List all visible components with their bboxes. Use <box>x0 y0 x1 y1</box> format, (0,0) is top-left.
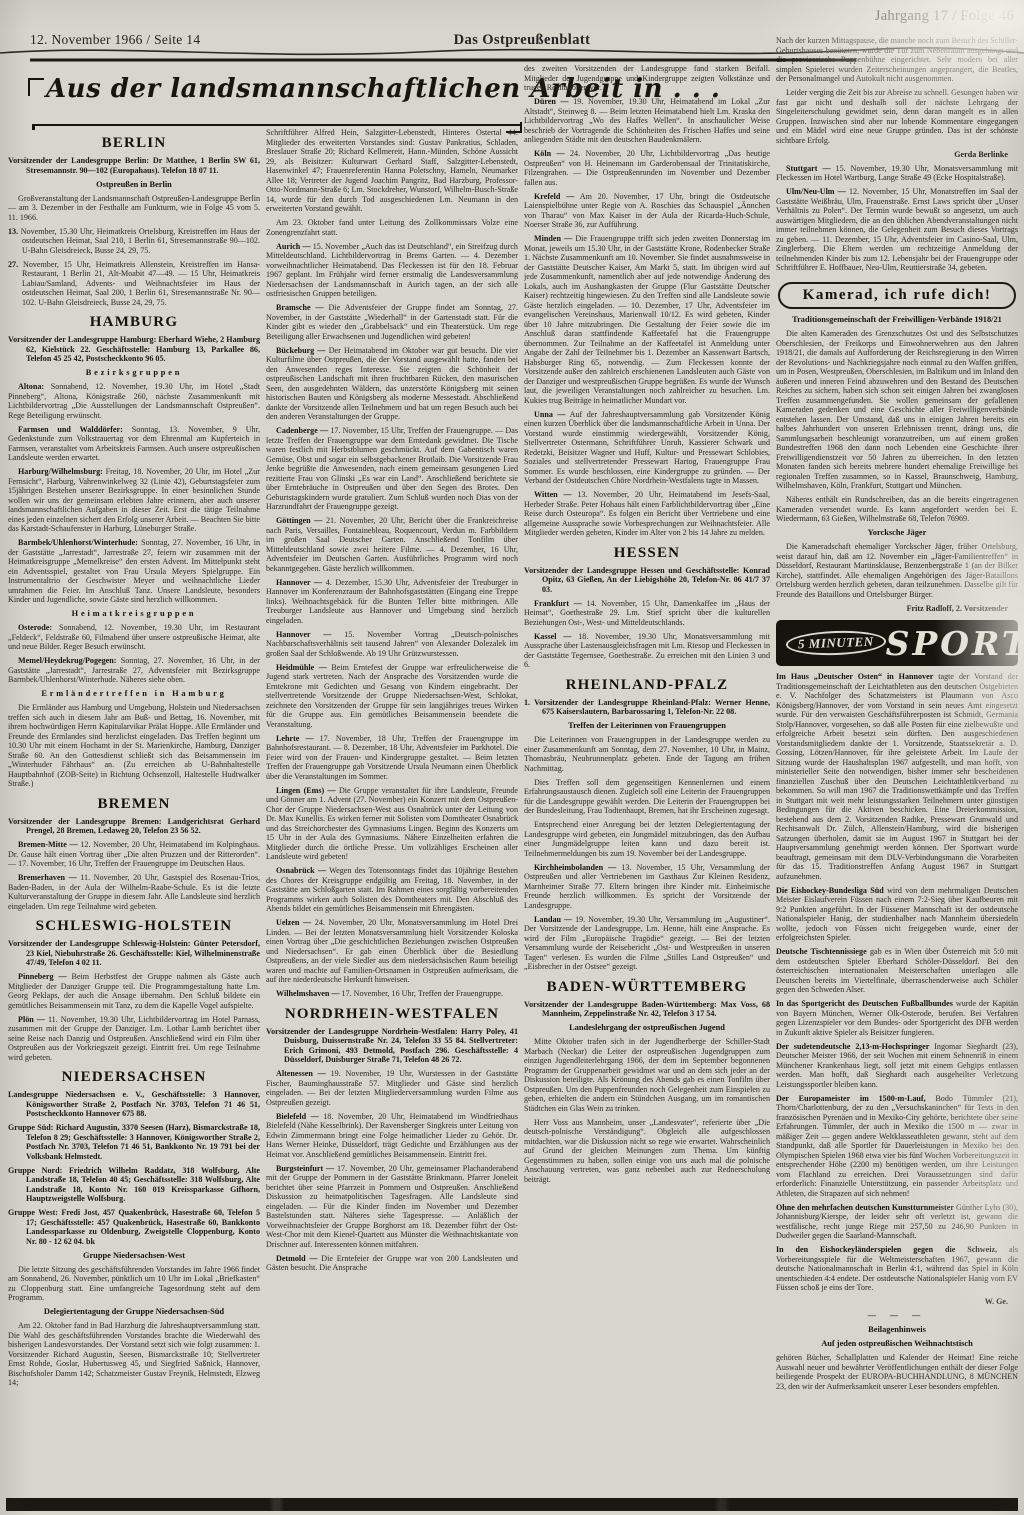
contact-block: Landesgruppe Niedersachsen e. V., Geschä… <box>8 1090 260 1119</box>
paragraph: Barmbek/Uhlenhorst/Winterhude: Sonntag, … <box>8 538 260 605</box>
paragraph-text: 17. November, 15 Uhr, Treffen der Frauen… <box>266 426 518 511</box>
section-heading: NORDRHEIN-WESTFALEN <box>266 1006 518 1023</box>
paragraph: Im Haus „Deutscher Osten“ in Hannover ta… <box>776 672 1018 881</box>
paragraph: Hannover — 15. November Vortrag „Deutsch… <box>266 630 518 659</box>
paragraph: Bremerhaven — 11. November, 20 Uhr, Gast… <box>8 873 260 911</box>
paragraph: In das Sportgericht des Deutschen Fußbal… <box>776 999 1018 1037</box>
paragraph: Ulm/Neu-Ulm — 12. November, 15 Uhr, Mona… <box>776 187 1018 273</box>
masthead-rule <box>0 40 1024 66</box>
place-lead: Bramsche — <box>276 303 324 312</box>
contact-block: Gruppe West: Fredi Jost, 457 Quakenbrück… <box>8 1208 260 1246</box>
paragraph: Witten — 13. November, 20 Uhr, Heimatabe… <box>524 490 770 538</box>
place-lead: Ohne den mehrfachen deutschen Kunstturnm… <box>776 1203 954 1212</box>
paragraph-text: 24. November, 20 Uhr, Monatsversammlung … <box>266 918 518 984</box>
contact-block: 1. Vorsitzender der Landesgruppe Rheinla… <box>524 698 770 717</box>
place-lead: Köln — <box>534 149 565 158</box>
place-lead: Der sudetendeutsche 2,13-m-Hochspringer <box>776 1042 929 1051</box>
paragraph: Die Leiterinnen von Frauengruppen in der… <box>524 735 770 773</box>
place-lead: Altona: <box>18 382 44 391</box>
paragraph: Plön — 11. November, 19.30 Uhr, Lichtbil… <box>8 1015 260 1063</box>
paragraph-text: Die Gruppe veranstaltet für ihre Landsle… <box>266 786 518 862</box>
contact-block: Vorsitzender der Landesgruppe Hamburg: E… <box>8 335 260 364</box>
place-lead: Der Europameister im 1500-m-Lauf, <box>776 1094 926 1103</box>
news-column-3: des zweiten Vorsitzenden der Landesgrupp… <box>524 64 770 1500</box>
sport-banner-word: SPORT <box>886 627 1018 660</box>
item-text: November, 15.30 Uhr, Heimatkreis Ortelsb… <box>21 227 260 255</box>
paragraph-text: Die Frauengruppe trifft sich jeden zweit… <box>524 234 770 405</box>
section-heading: BERLIN <box>8 135 260 152</box>
calendar-item: 13. November, 15.30 Uhr, Heimatkreis Ort… <box>8 227 260 256</box>
item-date-lead: 27. <box>8 260 18 269</box>
page-headline: Aus der landsmannschaftlichen Arbeit in … <box>20 66 532 124</box>
place-lead: Unna — <box>534 410 566 419</box>
place-lead: Uelzen — <box>276 918 311 927</box>
place-lead: Harburg/Wilhelmsburg: <box>18 467 103 476</box>
paragraph-text: 11. November, 19.30 Uhr, Lichtbildervort… <box>8 1015 260 1062</box>
paragraph: Am 23. Oktober fand unter Leitung des Zo… <box>266 218 518 237</box>
contact-block: Vorsitzender der Landesgruppe Nordrhein-… <box>266 1027 518 1065</box>
place-lead: Bielefeld — <box>276 1112 319 1121</box>
sport-banner-oval: 5 MINUTEN <box>786 630 886 657</box>
place-lead: Krefeld — <box>534 192 574 201</box>
paragraph: Hannover — 4. Dezember, 15.30 Uhr, Adven… <box>266 578 518 626</box>
paragraph: Entsprechend einer Anregung bei der letz… <box>524 820 770 858</box>
place-lead: Osterode: <box>18 623 52 632</box>
subheading: Auf jeden ostpreußischen Weihnachtstisch <box>776 1339 1018 1349</box>
divider-rule: — — — <box>776 1311 1018 1321</box>
news-column-2: Schriftführer Alfred Hein, Salzgitter-Le… <box>266 128 518 1500</box>
place-lead: Bückeburg — <box>276 346 326 355</box>
headline-text: Aus der landsmannschaftlichen Arbeit in … <box>20 66 532 104</box>
contact-block: Vorsitzender der Landesgruppe Bremen: La… <box>8 817 260 836</box>
place-lead: Landau — <box>534 915 572 924</box>
paragraph: Altenessen — 19. November, 19 Uhr, Wurst… <box>266 1069 518 1107</box>
paragraph: Die Ermländer aus Hamburg und Umgebung, … <box>8 703 260 789</box>
paragraph: des zweiten Vorsitzenden der Landesgrupp… <box>524 64 770 93</box>
paragraph: Schriftführer Alfred Hein, Salzgitter-Le… <box>266 128 518 214</box>
calendar-item: 27. November, 15 Uhr, Heimatkreis Allens… <box>8 260 260 308</box>
place-lead: Frankfurt — <box>534 599 582 608</box>
paragraph: Mitte Oktober trafen sich in der Jugendh… <box>524 1037 770 1113</box>
section-heading: HAMBURG <box>8 314 260 331</box>
contact-block: Gruppe Nord: Friedrich Wilhelm Raddatz, … <box>8 1166 260 1204</box>
paragraph: Kassel — 18. November, 19.30 Uhr, Monats… <box>524 632 770 670</box>
place-lead: Göttingen — <box>276 516 322 525</box>
place-lead: Die Eishockey-Bundesliga Süd <box>776 886 884 895</box>
paragraph-text: Der Heimatabend im Oktober war gut besuc… <box>266 346 518 422</box>
subheading: Yorcksche Jäger <box>776 528 1018 538</box>
signature: W. Ge. <box>776 1297 1018 1307</box>
paragraph: Bückeburg — Der Heimatabend im Oktober w… <box>266 346 518 422</box>
paragraph: Heidmühle — Beim Erntefest der Gruppe wa… <box>266 663 518 730</box>
paragraph: Dies Treffen soll dem gegenseitigen Kenn… <box>524 778 770 816</box>
place-lead: Aurich — <box>276 242 311 251</box>
bottom-advert-rule <box>6 1498 1018 1511</box>
paragraph: In den Eishockeyländerspielen gegen die … <box>776 1245 1018 1293</box>
place-lead: Altenessen — <box>276 1069 326 1078</box>
place-lead: Heidmühle — <box>276 663 327 672</box>
paragraph-text: Beim Erntefest der Gruppe war erfreulich… <box>266 663 518 729</box>
paragraph: Unna — Auf der Jahreshauptversammlung ga… <box>524 410 770 486</box>
contact-block: Vorsitzender der Landesgruppe Hessen und… <box>524 566 770 595</box>
signature: Fritz Radloff, 2. Vorsitzender <box>776 604 1018 614</box>
paragraph: Die Kameradschaft ehemaliger Yorckscher … <box>776 542 1018 599</box>
paragraph: Wilhelmshaven — 17. November, 16 Uhr, Tr… <box>266 989 518 999</box>
paragraph: Bielefeld — 18. November, 20 Uhr, Heimat… <box>266 1112 518 1160</box>
subheading: Delegiertentagung der Gruppe Niedersachs… <box>8 1307 260 1317</box>
section-heading: RHEINLAND-PFALZ <box>524 677 770 694</box>
place-lead: Bremen-Mitte — <box>18 840 78 849</box>
place-lead: Detmold — <box>276 1254 318 1263</box>
news-column-4: Nach der kurzen Mittagspause, die manche… <box>776 36 1018 1500</box>
place-lead: Düren — <box>534 97 569 106</box>
subheading: Ostpreußen in Berlin <box>8 180 260 190</box>
place-lead: Farmsen und Walddörfer: <box>18 425 123 434</box>
paragraph: Cadenberge — 17. November, 15 Uhr, Treff… <box>266 426 518 512</box>
paragraph: Minden — Die Frauengruppe trifft sich je… <box>524 234 770 405</box>
signature: Gerda Berlinke <box>776 150 1018 160</box>
place-lead: Minden — <box>534 234 572 243</box>
paragraph: Der sudetendeutsche 2,13-m-Hochspringer … <box>776 1042 1018 1090</box>
item-date-lead: 13. <box>8 227 18 236</box>
place-lead: In das Sportgericht des Deutschen Fußbal… <box>776 999 953 1008</box>
masthead-issue: Jahrgang 17 / Folge 46 <box>875 8 1014 25</box>
contact-block: Vorsitzender der Landesgruppe Baden-Würt… <box>524 1000 770 1019</box>
paragraph: Göttingen — 21. November, 20 Uhr, Berich… <box>266 516 518 573</box>
paragraph-text: tagte der Vorstand der Traditionsgemeins… <box>776 672 1018 881</box>
place-lead: Burgsteinfurt — <box>276 1164 334 1173</box>
paragraph: Näheres enthält ein Rundschreiben, das a… <box>776 495 1018 524</box>
paragraph: Altona: Sonnabend, 12. November, 19.30 U… <box>8 382 260 420</box>
paragraph: Kirchheimbolanden — 13. November, 15 Uhr… <box>524 863 770 911</box>
paragraph: gehören Bücher, Schallplatten und Kalend… <box>776 1353 1018 1391</box>
item-text: November, 15 Uhr, Heimatkreis Allenstein… <box>22 260 260 307</box>
place-lead: Osnabrück — <box>276 866 326 875</box>
place-lead: Lingen (Ems) — <box>276 786 336 795</box>
place-lead: Lehrte — <box>276 734 314 743</box>
paragraph: Großveranstaltung der Landsmannschaft Os… <box>8 194 260 223</box>
section-heading: SCHLESWIG-HOLSTEIN <box>8 918 260 935</box>
paragraph: Ohne den mehrfachen deutschen Kunstturnm… <box>776 1203 1018 1241</box>
place-lead: Kassel — <box>534 632 571 641</box>
section-heading: BREMEN <box>8 796 260 813</box>
place-lead: Cadenberge — <box>276 426 328 435</box>
place-lead: Plön — <box>18 1015 45 1024</box>
paragraph: Düren — 19. November, 19.30 Uhr, Heimata… <box>524 97 770 145</box>
subheading: Treffen der Leiterinnen von Frauengruppe… <box>524 721 770 731</box>
paragraph-text: 17. November, 16 Uhr, Treffen der Frauen… <box>342 989 504 998</box>
paragraph: Krefeld — Am 20. November, 17 Uhr, bring… <box>524 192 770 230</box>
paragraph: Pinneberg — Beim Herbstfest der Gruppe n… <box>8 972 260 1010</box>
paragraph-text: Freitag, 18. November, 20 Uhr, im Hotel … <box>8 467 260 533</box>
subheading: Ermländertreffen in Hamburg <box>8 689 260 699</box>
paragraph: Osterode: Sonnabend, 12. November, 19.30… <box>8 623 260 652</box>
place-lead: Deutsche Tischtennissiege <box>776 947 867 956</box>
paragraph-text: 17. November, 20 Uhr, gemeinsamer Placha… <box>266 1164 518 1249</box>
paragraph: Stuttgart — 15. November, 19.30 Uhr, Mon… <box>776 164 1018 183</box>
place-lead: Witten — <box>534 490 572 499</box>
paragraph-text: Bodo Tümmler (21), Thorn/Charlottenburg,… <box>776 1094 1018 1198</box>
paragraph: Memel/Heydekrug/Pogegen: Sonntag, 27. No… <box>8 656 260 685</box>
place-lead: Bremerhaven — <box>18 873 77 882</box>
place-lead: Pinneberg — <box>18 972 67 981</box>
place-lead: Hannover — <box>276 578 322 587</box>
paragraph: Detmold — Die Erntefeier der Gruppe war … <box>266 1254 518 1273</box>
place-lead: Hannover — <box>276 630 331 639</box>
subheading: Beilagenhinweis <box>776 1325 1018 1335</box>
subheading: Landeslehrgang der ostpreußischen Jugend <box>524 1023 770 1033</box>
paragraph-text: Sonnabend, 12. November, 19.30 Uhr, im H… <box>8 382 260 420</box>
section-heading: BADEN-WÜRTTEMBERG <box>524 979 770 996</box>
paragraph: Deutsche Tischtennissiege gab es in Wien… <box>776 947 1018 995</box>
paragraph: Köln — 24. November, 20 Uhr, Lichtbilder… <box>524 149 770 187</box>
section-heading: NIEDERSACHSEN <box>8 1069 260 1086</box>
paragraph: Lingen (Ems) — Die Gruppe veranstaltet f… <box>266 786 518 862</box>
section-heading: HESSEN <box>524 545 770 562</box>
place-lead: Kirchheimbolanden — <box>534 863 616 872</box>
paragraph: Farmsen und Walddörfer: Sonntag, 13. Nov… <box>8 425 260 463</box>
paragraph: Bremen-Mitte — 12. November, 20 Uhr, Hei… <box>8 840 260 869</box>
paragraph: Die Eishockey-Bundesliga Süd wird von de… <box>776 886 1018 943</box>
paragraph: Der Europameister im 1500-m-Lauf, Bodo T… <box>776 1094 1018 1199</box>
headline-underline <box>34 115 520 126</box>
subheading: Bezirksgruppen <box>8 368 260 378</box>
paragraph: Am 22. Oktober fand in Bad Harzburg die … <box>8 1321 260 1388</box>
sport-banner: 5 MINUTENSPORT <box>776 620 1018 666</box>
paragraph: Die letzte Sitzung des geschäftsführende… <box>8 1265 260 1303</box>
paragraph: Landau — 19. November, 19.30 Uhr, Versam… <box>524 915 770 972</box>
place-lead: Im Haus „Deutscher Osten“ in Hannover <box>776 672 933 681</box>
place-lead: In den Eishockeyländerspielen gegen die … <box>776 1245 997 1254</box>
paragraph: Osnabrück — Wegen des Totensonntags find… <box>266 866 518 914</box>
paragraph: Uelzen — 24. November, 20 Uhr, Monatsver… <box>266 918 518 985</box>
place-lead: Wilhelmshaven — <box>276 989 340 998</box>
contact-block: Gruppe Süd: Richard Augustin, 3370 Seese… <box>8 1123 260 1161</box>
paragraph: Bramsche — Die Adventsfeier der Gruppe f… <box>266 303 518 341</box>
paragraph: Frankfurt — 14. November, 15 Uhr, Damenk… <box>524 599 770 628</box>
subheading: Heimatkreisgruppen <box>8 609 260 619</box>
place-lead: Stuttgart — <box>786 164 831 173</box>
paragraph-text: 12. November, 15 Uhr, Monatstreffen im S… <box>776 187 1018 272</box>
place-lead: Ulm/Neu-Ulm — <box>786 187 846 196</box>
paragraph: Burgsteinfurt — 17. November, 20 Uhr, ge… <box>266 1164 518 1250</box>
paragraph: Leider verging die Zeit bis zur Abreise … <box>776 88 1018 145</box>
paragraph-text: Sonntag, 27. November, 16 Uhr, in der Ga… <box>8 538 260 604</box>
subheading: Traditionsgemeinschaft der Freiwilligen-… <box>776 315 1018 325</box>
paragraph: Herr Voss aus Mannheim, unser „Landesvat… <box>524 1118 770 1185</box>
place-lead: Barmbek/Uhlenhorst/Winterhude: <box>18 538 138 547</box>
news-column-1: BERLINVorsitzender der Landesgruppe Berl… <box>8 128 260 1500</box>
paragraph: Harburg/Wilhelmsburg: Freitag, 18. Novem… <box>8 467 260 534</box>
paragraph-text: Auf der Jahreshauptversammlung gab Vorsi… <box>524 410 770 486</box>
contact-block: Vorsitzender der Landesgruppe Berlin: Dr… <box>8 156 260 175</box>
kamerad-callout-box: Kamerad, ich rufe dich! <box>778 282 1016 310</box>
place-lead: Memel/Heydekrug/Pogegen: <box>18 656 116 665</box>
contact-block: Vorsitzender der Landesgruppe Schleswig-… <box>8 939 260 968</box>
paragraph: Aurich — 15. November „Auch das ist Deut… <box>266 242 518 299</box>
subheading: Gruppe Niedersachsen-West <box>8 1251 260 1261</box>
paragraph: Lehrte — 17. November, 18 Uhr, Treffen d… <box>266 734 518 782</box>
paragraph: Die alten Kameraden des Grenzschutzes Os… <box>776 329 1018 491</box>
